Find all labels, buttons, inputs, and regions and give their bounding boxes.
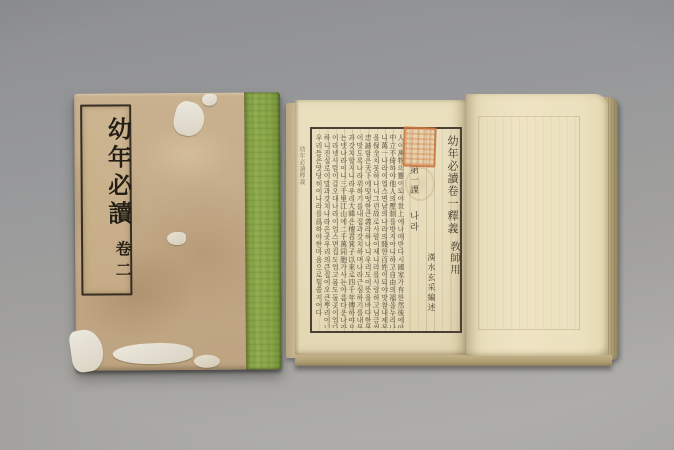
body-text-column: 이라녯사람이갈오대나라이업스면집도업고몸도둘곳이업다 bbox=[330, 134, 338, 328]
body-text-column: 을保全치못하나니그런故로사람이제나라를사랑하고님금씌 bbox=[371, 134, 379, 328]
body-text-column: 이맛도록나라위하기를내집과갓치하며나라근심하기를내몸 bbox=[355, 134, 363, 328]
author-byline: 漢水玄采編述 bbox=[427, 253, 435, 313]
show-through-frame bbox=[478, 116, 580, 330]
body-text-column: 는녯나라이니三千里江山에二千萬同胞가사는아름다운나라 bbox=[339, 134, 347, 328]
paper-patch bbox=[171, 99, 208, 139]
page-title: 幼年必讀卷一釋義 bbox=[447, 135, 458, 235]
blank-right-page bbox=[466, 94, 608, 356]
audience-label: 敎師用 bbox=[448, 241, 458, 276]
body-text-column: 中立不倚하야他人의壓制를밧지아니하고自由의福을누리나 bbox=[388, 134, 396, 328]
body-text-column: 하니진실로이말과갓치나라은곳우리의큰집이오큰뿌리이니 bbox=[322, 134, 330, 328]
open-book-volume-one: 幼年必讀釋義 幼年必讀卷一釋義 敎師用 漢水玄采編述 第一課 나라 人이萬物의靈… bbox=[286, 90, 622, 375]
photo-backdrop: 幼年必讀 卷二 幼年必讀釋義 幼年必讀卷一釋義 敎師用 漢水玄采編述 第一課 나… bbox=[0, 0, 674, 450]
paper-patch bbox=[167, 232, 186, 245]
body-text-column: 니萬一나라이업스면남의나라의賤한百姓이되야맛참내제몸 bbox=[380, 134, 388, 328]
printed-left-page: 幼年必讀釋義 幼年必讀卷一釋義 敎師用 漢水玄采編述 第一課 나라 人이萬物의靈… bbox=[295, 100, 466, 355]
cover-title-text: 幼年必讀 bbox=[82, 112, 130, 232]
body-text-column: 과갓치할지니라우리大韓은檀君箕子以來로四千年傳하야오 bbox=[347, 134, 355, 328]
paper-patch bbox=[202, 94, 217, 106]
paper-patch bbox=[194, 355, 220, 368]
cover-title-label: 幼年必讀 卷二 bbox=[80, 104, 132, 295]
cover-volume-text: 卷二 bbox=[83, 236, 130, 286]
page-block-bottom-edge bbox=[295, 355, 612, 366]
body-text-column: 忠誠함은天下에떳떳한큰義라하나니우리도이뜻을바다한몸 bbox=[363, 134, 371, 328]
body-text-column: 우리들은맛당히이나라를爲하야한마음으로힘쓸지어다 bbox=[314, 134, 322, 328]
page-margin-label: 幼年必讀釋義 bbox=[298, 146, 304, 185]
lesson-number: 第一課 bbox=[408, 165, 417, 195]
collection-seal-stamp bbox=[402, 126, 436, 167]
paper-patch bbox=[68, 328, 106, 374]
closed-book-volume-two: 幼年必讀 卷二 bbox=[74, 92, 282, 370]
paper-patch bbox=[112, 341, 193, 367]
lesson-title: 나라 bbox=[408, 211, 417, 233]
text-frame: 幼年必讀卷一釋義 敎師用 漢水玄采編述 第一課 나라 人이萬物의靈이되야世上에나… bbox=[310, 127, 462, 333]
green-cloth-spine bbox=[244, 92, 282, 369]
